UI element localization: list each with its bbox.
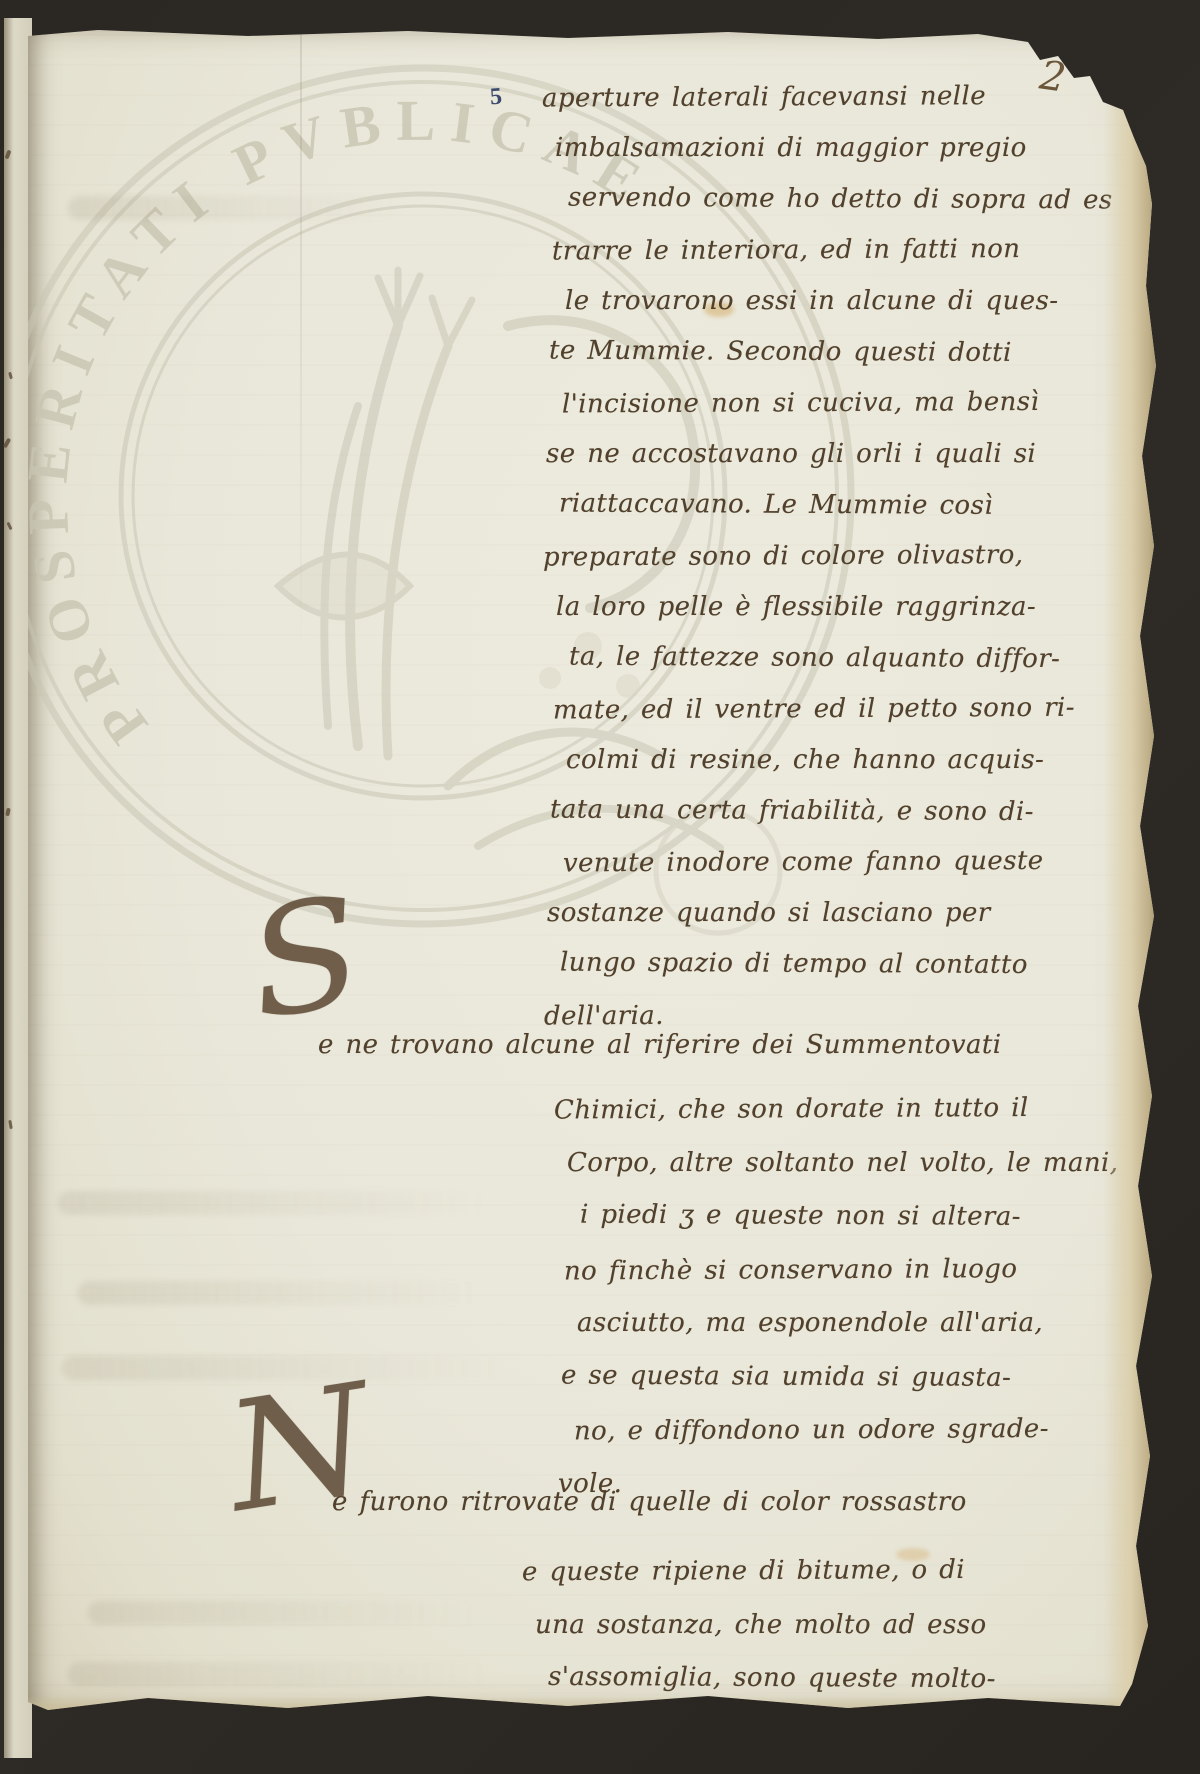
manuscript-line: asciutto, ma esponendole all'aria, <box>577 1297 1118 1351</box>
paragraph: e queste ripiene di bitume, o diuna sost… <box>528 1545 996 1706</box>
manuscript-line: la loro pelle è flessibile raggrinza- <box>556 582 1113 633</box>
manuscript-line: una sostanza, che molto ad esso <box>535 1599 996 1653</box>
manuscript-line: e furono ritrovate di quelle di color ro… <box>332 1487 967 1517</box>
bleed-through <box>68 1662 488 1686</box>
manuscript-line: le trovarono essi in alcune di ques- <box>565 276 1113 327</box>
manuscript-line: tata una certa friabilità, e sono di- <box>550 785 1113 839</box>
manuscript-line: trarre le interiora, ed in fatti non <box>552 224 1113 278</box>
manuscript-line: mate, ed il ventre ed il petto sono ri- <box>553 683 1113 737</box>
bleed-through <box>68 196 398 220</box>
manuscript-line: i piedi ʒ e queste non si altera- <box>580 1189 1119 1245</box>
underlying-page-edge <box>4 18 32 1758</box>
stamped-page-number: 5 <box>489 84 503 112</box>
manuscript-line: Corpo, altre soltanto nel volto, le mani… <box>567 1137 1118 1191</box>
manuscript-line: e queste ripiene di bitume, o di <box>522 1544 996 1600</box>
manuscript-line: riattaccavano. Le Mummie così <box>559 479 1113 533</box>
deckle-edge-bottom <box>28 1696 1162 1716</box>
manuscript-line: te Mummie. Secondo questi dotti <box>549 326 1113 380</box>
manuscript-line: e se questa sia umida si guasta- <box>561 1349 1119 1405</box>
manuscript-page: PROSPERITATI PVBLICAE 5 2 aperture later… <box>28 26 1162 1716</box>
manuscript-line: e ne trovano alcune al riferire dei Summ… <box>318 1030 1001 1060</box>
manuscript-line: aperture laterali facevansi nelle <box>542 71 1113 125</box>
manuscript-line: imbalsamazioni di maggior pregio <box>555 123 1113 174</box>
manuscript-line: colmi di resine, che hanno acquis- <box>566 735 1113 786</box>
bleed-through <box>88 1601 478 1625</box>
paper-crease <box>300 26 302 666</box>
paragraph: aperture laterali facevansi nelleimbalsa… <box>548 72 1113 1041</box>
manuscript-line: lungo spazio di tempo al contatto <box>560 938 1113 992</box>
manuscript-line: venute inodore come fanno queste <box>563 836 1113 890</box>
manuscript-line: servendo come ho detto di sopra ad es <box>568 173 1113 227</box>
deckle-edge-right <box>1104 26 1162 1716</box>
manuscript-line: no, e diffondono un odore sgrade- <box>574 1403 1119 1459</box>
manuscript-line: sostanze quando si lasciano per <box>547 888 1113 939</box>
drop-cap-initial: S <box>239 876 372 1042</box>
bleed-through <box>58 1191 488 1215</box>
manuscript-line: no finchè si conservano in luogo <box>564 1242 1119 1298</box>
manuscript-line: Chimici, che son dorate in tutto il <box>554 1082 1119 1138</box>
manuscript-scan: PROSPERITATI PVBLICAE 5 2 aperture later… <box>0 0 1200 1774</box>
manuscript-line: preparate sono di colore olivastro, <box>543 530 1113 584</box>
paragraph: Chimici, che son dorate in tutto ilCorpo… <box>560 1083 1118 1511</box>
manuscript-line: l'incisione non si cuciva, ma bensì <box>562 377 1113 431</box>
bleed-through <box>78 1281 478 1305</box>
manuscript-line: se ne accostavano gli orli i quali si <box>546 429 1113 480</box>
manuscript-line: ta, le fattezze sono alquanto diffor- <box>569 632 1113 686</box>
